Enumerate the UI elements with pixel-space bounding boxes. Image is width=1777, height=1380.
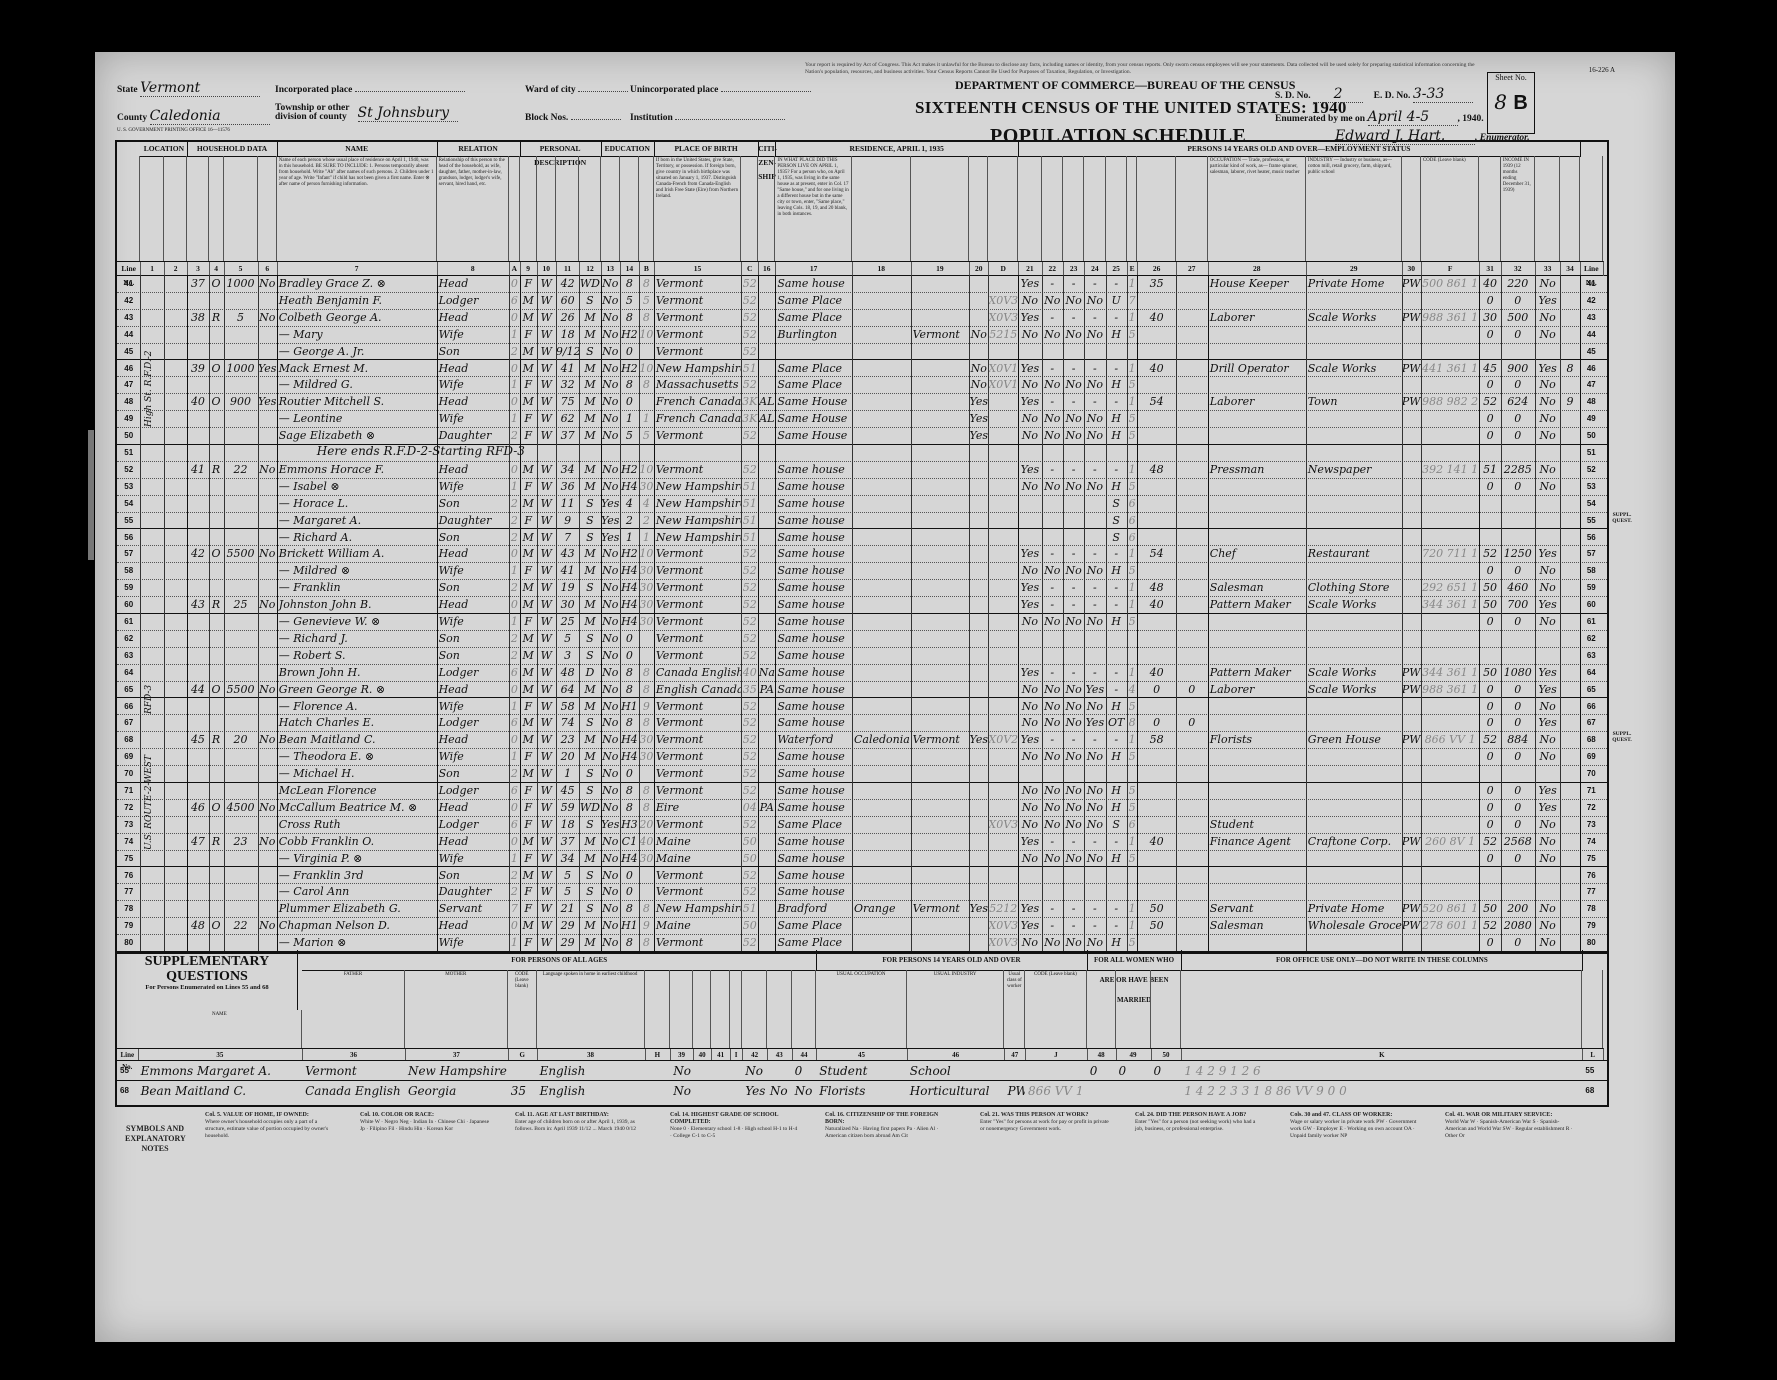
cell-cit: [758, 647, 775, 664]
cell-age: 45: [556, 782, 579, 799]
cell-farm: No: [258, 833, 277, 850]
cell-wage: 220: [1501, 275, 1535, 292]
cell-wks: 52: [1479, 393, 1500, 410]
cell-code_c: 52: [741, 461, 758, 478]
cell-code_b: 10: [639, 545, 654, 562]
cell-c24: [1084, 647, 1105, 664]
cell-code_c: 52: [741, 292, 758, 309]
cell-name: Hatch Charles E.: [277, 714, 437, 731]
cell-res18: [852, 326, 911, 343]
cell-c21: No: [1018, 613, 1041, 630]
cell-grade: 8: [620, 664, 639, 681]
cell-race: [537, 444, 556, 461]
cell-hh: [187, 867, 208, 884]
cell-code_b: 8: [639, 681, 654, 698]
cell-hh: 40: [187, 393, 208, 410]
cell-own: O: [209, 799, 224, 816]
cell-c21: [1018, 529, 1041, 546]
cell-cit: [758, 833, 775, 850]
cell-cls: PW: [1402, 917, 1421, 934]
cell-street: [140, 309, 163, 326]
column-header-wage: INCOME IN 1939 (12 months ending Decembe…: [1501, 156, 1535, 261]
supp-cell-c48: [1087, 1081, 1116, 1101]
cell-res18: [852, 461, 911, 478]
cell-c24: -: [1084, 360, 1105, 377]
cell-code_a: 1: [509, 562, 520, 579]
cell-hrs: [1137, 799, 1175, 816]
column-rule: [277, 275, 278, 951]
cell-birth: Vermont: [654, 292, 741, 309]
cell-dur: [1176, 664, 1208, 681]
cell-code_d: [988, 850, 1018, 867]
cell-farm: [258, 613, 277, 630]
cell-code_a: 1: [509, 376, 520, 393]
cell-c25: [1106, 765, 1127, 782]
cell-cit: PA: [758, 681, 775, 698]
cell-c25: [1106, 867, 1127, 884]
table-row: 4840O900YesRoutier Mitchell S.Head0MW75M…: [117, 393, 1607, 411]
cell-value: [224, 765, 258, 782]
cell-code_d: [988, 545, 1018, 562]
cell-own: R: [209, 731, 224, 748]
cell-farmno: [1560, 309, 1579, 326]
cell-dur: [1176, 630, 1208, 647]
cell-code_b: 2: [639, 512, 654, 529]
cell-mar: WD: [579, 275, 600, 292]
cell-hrs: 40: [1137, 596, 1175, 613]
supp-header-c40: [693, 970, 712, 1048]
cell-value: [224, 376, 258, 393]
cell-code_d: [988, 664, 1018, 681]
cell-wks: 0: [1479, 613, 1500, 630]
cell-res20: Yes: [969, 731, 988, 748]
cell-house: [164, 799, 187, 816]
cell-dur: [1176, 816, 1208, 833]
cell-code_c: 52: [741, 326, 758, 343]
cell-wks: 52: [1479, 731, 1500, 748]
supp-cell-c43: [767, 1061, 792, 1081]
cell-wks: [1479, 647, 1500, 664]
cell-code_b: [639, 630, 654, 647]
cell-own: [209, 579, 224, 596]
cell-code_b: [639, 883, 654, 900]
cell-cit: [758, 562, 775, 579]
cell-code_f: [1421, 343, 1480, 360]
cell-name: Cobb Franklin O.: [277, 833, 437, 850]
cell-wks: [1479, 883, 1500, 900]
street-annotation: U.S. ROUTE-2-WEST: [144, 755, 154, 850]
cell-code_b: 8: [639, 309, 654, 326]
cell-hrs: 50: [1137, 917, 1175, 934]
column-header-res20: [969, 156, 988, 261]
table-row: 45— George A. Jr.Son2MW9/12SNo0Vermont52…: [117, 343, 1607, 361]
cell-c23: -: [1063, 664, 1084, 681]
cell-c24: -: [1084, 664, 1105, 681]
supp-cell-c44: 0: [792, 1061, 817, 1081]
cell-code_f: [1421, 867, 1480, 884]
cell-res20: [969, 275, 988, 292]
cell-mar: M: [579, 850, 600, 867]
cell-rel: Lodger: [437, 714, 509, 731]
cell-code_c: 52: [741, 748, 758, 765]
cell-wks: 0: [1479, 562, 1500, 579]
cell-c21: Yes: [1018, 461, 1041, 478]
cell-c22: No: [1042, 698, 1063, 715]
cell-age: 64: [556, 681, 579, 698]
cell-c23: No: [1063, 698, 1084, 715]
cell-race: W: [537, 867, 556, 884]
cell-value: [224, 292, 258, 309]
cell-hh: [187, 478, 208, 495]
cell-farm: [258, 748, 277, 765]
cell-sex: F: [520, 613, 537, 630]
cell-sex: M: [520, 360, 537, 377]
cell-res18: [852, 376, 911, 393]
cell-ind: [1306, 647, 1402, 664]
cell-street: [140, 529, 163, 546]
cell-value: [224, 478, 258, 495]
cell-cls: [1402, 613, 1421, 630]
cell-sch: No: [601, 782, 620, 799]
cell-line: 53: [117, 478, 140, 495]
cell-occ: [1208, 850, 1306, 867]
column-rule: [758, 275, 759, 951]
cell-house: [164, 376, 187, 393]
cell-res19: [911, 427, 970, 444]
column-group-9: PERSONS 14 YEARS OLD AND OVER—EMPLOYMENT…: [1018, 142, 1580, 157]
cell-code_a: 0: [509, 681, 520, 698]
cell-c23: -: [1063, 309, 1084, 326]
cell-ind: [1306, 495, 1402, 512]
cell-race: W: [537, 478, 556, 495]
cell-ind: [1306, 748, 1402, 765]
cell-hrs: 40: [1137, 309, 1175, 326]
cell-birth: Vermont: [654, 765, 741, 782]
cell-code_a: 7: [509, 900, 520, 917]
cell-code_c: 52: [741, 275, 758, 292]
cell-wage: 0: [1501, 748, 1535, 765]
cell-wks: 0: [1479, 698, 1500, 715]
cell-line2: 58: [1580, 562, 1603, 579]
cell-res20: [969, 596, 988, 613]
cell-grade: H4: [620, 562, 639, 579]
cell-own: R: [209, 461, 224, 478]
cell-c24: No: [1084, 376, 1105, 393]
cell-hrs: 40: [1137, 360, 1175, 377]
cell-age: 19: [556, 579, 579, 596]
cell-res19: [911, 647, 970, 664]
cell-res20: [969, 613, 988, 630]
cell-c23: No: [1063, 799, 1084, 816]
cell-code_c: 51: [741, 512, 758, 529]
cell-rel: Wife: [437, 326, 509, 343]
cell-birth: French Canada: [654, 393, 741, 410]
cell-c23: -: [1063, 596, 1084, 613]
cell-code_e: [1127, 444, 1138, 461]
cell-farmno: [1560, 410, 1579, 427]
cell-code_f: 260 8V 1: [1421, 833, 1480, 850]
cell-race: W: [537, 613, 556, 630]
cell-code_c: 51: [741, 360, 758, 377]
cell-line2: 66: [1580, 698, 1603, 715]
cell-c22: [1042, 512, 1063, 529]
cell-c23: [1063, 765, 1084, 782]
cell-value: [224, 512, 258, 529]
cell-code_e: [1127, 765, 1138, 782]
cell-oth: No: [1535, 579, 1561, 596]
cell-line: 67: [117, 714, 140, 731]
cell-c21: [1018, 867, 1041, 884]
cell-own: [209, 478, 224, 495]
cell-code_d: [988, 461, 1018, 478]
cell-hh: [187, 529, 208, 546]
cell-code_a: 2: [509, 883, 520, 900]
cell-name: Cross Ruth: [277, 816, 437, 833]
cell-name: Plummer Elizabeth G.: [277, 900, 437, 917]
cell-oth: No: [1535, 326, 1561, 343]
cell-ind: Clothing Store: [1306, 579, 1402, 596]
cell-wage: 0: [1501, 850, 1535, 867]
cell-sch: No: [601, 714, 620, 731]
cell-cit: [758, 444, 775, 461]
cell-line2: 61: [1580, 613, 1603, 630]
cell-farmno: [1560, 714, 1579, 731]
cell-c22: No: [1042, 816, 1063, 833]
cell-c23: -: [1063, 393, 1084, 410]
cell-code_c: 52: [741, 545, 758, 562]
cell-street: [140, 867, 163, 884]
note-block: Col. 5. VALUE OF HOME, IF OWNED:Where ow…: [205, 1112, 335, 1140]
cell-hh: 38: [187, 309, 208, 326]
cell-hh: 46: [187, 799, 208, 816]
cell-hh: [187, 292, 208, 309]
cell-code_d: [988, 579, 1018, 596]
cell-code_f: [1421, 410, 1480, 427]
cell-birth: Vermont: [654, 613, 741, 630]
column-rule: [1084, 275, 1085, 951]
table-row: 71McLean FlorenceLodger6FW45SNo88Vermont…: [117, 782, 1607, 800]
cell-birth: Vermont: [654, 782, 741, 799]
cell-house: [164, 478, 187, 495]
cell-ind: [1306, 562, 1402, 579]
cell-res19: [911, 867, 970, 884]
sheet-side: B: [1513, 92, 1527, 114]
cell-farm: No: [258, 681, 277, 698]
supp-group-over14: FOR PERSONS 14 YEARS OLD AND OVER: [816, 950, 1087, 971]
cell-code_f: 441 361 1: [1421, 360, 1480, 377]
cell-code_c: 04: [741, 799, 758, 816]
cell-c25: H: [1106, 799, 1127, 816]
column-number: 22: [1042, 261, 1064, 276]
cell-wks: [1479, 867, 1500, 884]
cell-value: [224, 562, 258, 579]
cell-birth: Vermont: [654, 596, 741, 613]
cell-res20: [969, 495, 988, 512]
cell-line2: 76: [1580, 867, 1603, 884]
cell-race: W: [537, 883, 556, 900]
cell-line2: 47: [1580, 376, 1603, 393]
cell-grade: H4: [620, 596, 639, 613]
cell-hrs: [1137, 562, 1175, 579]
supp-cell-occ: Florists: [816, 1081, 906, 1101]
column-header-cls: [1402, 156, 1421, 261]
cell-code_a: 6: [509, 714, 520, 731]
supp-cell-occ: Student: [816, 1061, 906, 1081]
cell-wage: 0: [1501, 376, 1535, 393]
cell-c23: No: [1063, 562, 1084, 579]
cell-farmno: [1560, 883, 1579, 900]
cell-c21: No: [1018, 427, 1041, 444]
cell-cls: [1402, 698, 1421, 715]
column-rule: [579, 275, 580, 951]
cell-c21: No: [1018, 292, 1041, 309]
cell-line2: 75: [1580, 850, 1603, 867]
cell-code_a: 2: [509, 765, 520, 782]
cell-code_c: 52: [741, 816, 758, 833]
cell-dur: 0: [1176, 714, 1208, 731]
cell-c25: S: [1106, 529, 1127, 546]
cell-mar: D: [579, 664, 600, 681]
cell-res20: [969, 545, 988, 562]
cell-house: [164, 664, 187, 681]
cell-house: [164, 647, 187, 664]
cell-c21: No: [1018, 326, 1041, 343]
cell-sch: No: [601, 427, 620, 444]
cell-sch: No: [601, 326, 620, 343]
cell-wks: 50: [1479, 596, 1500, 613]
cell-farm: [258, 427, 277, 444]
cell-res19: [911, 748, 970, 765]
cell-race: W: [537, 917, 556, 934]
cell-code_c: 52: [741, 596, 758, 613]
cell-occ: [1208, 613, 1306, 630]
cell-cls: [1402, 765, 1421, 782]
cell-oth: Yes: [1535, 596, 1561, 613]
column-number: 1: [140, 261, 164, 276]
cell-wage: 500: [1501, 309, 1535, 326]
cell-hh: 42: [187, 545, 208, 562]
supp-header-code: CODE (Leave blank): [508, 970, 537, 1048]
cell-own: [209, 714, 224, 731]
cell-code_d: [988, 596, 1018, 613]
cell-c23: No: [1063, 714, 1084, 731]
cell-house: [164, 833, 187, 850]
cell-res20: Yes: [969, 393, 988, 410]
cell-hh: 48: [187, 917, 208, 934]
cell-res18: [852, 664, 911, 681]
cell-cls: [1402, 579, 1421, 596]
cell-house: [164, 343, 187, 360]
cell-farmno: [1560, 867, 1579, 884]
cell-street: [140, 461, 163, 478]
column-header-street: [140, 156, 163, 261]
cell-res19: [911, 410, 970, 427]
cell-res20: [969, 698, 988, 715]
cell-grade: C1: [620, 833, 639, 850]
cell-code_c: 51: [741, 478, 758, 495]
cell-hh: [187, 376, 208, 393]
cell-line2: 69: [1580, 748, 1603, 765]
cell-occ: [1208, 647, 1306, 664]
cell-line2: 55: [1580, 512, 1603, 529]
cell-farmno: [1560, 698, 1579, 715]
column-header-race: [537, 156, 556, 261]
cell-code_a: 0: [509, 545, 520, 562]
cell-name: — Richard A.: [277, 529, 437, 546]
cell-wage: 700: [1501, 596, 1535, 613]
cell-code_b: [639, 343, 654, 360]
cell-sex: F: [520, 427, 537, 444]
cell-farmno: [1560, 427, 1579, 444]
cell-street: [140, 427, 163, 444]
supp-cell-c43: No: [767, 1081, 792, 1101]
cell-birth: Maine: [654, 917, 741, 934]
cell-code_d: X0V1: [988, 376, 1018, 393]
cell-code_a: 6: [509, 292, 520, 309]
cell-oth: Yes: [1535, 360, 1561, 377]
cell-cit: [758, 698, 775, 715]
cell-farm: No: [258, 799, 277, 816]
cell-grade: 8: [620, 681, 639, 698]
cell-c25: U: [1106, 292, 1127, 309]
cell-res20: [969, 714, 988, 731]
cell-code_c: 52: [741, 867, 758, 884]
cell-cit: [758, 883, 775, 900]
cell-code_b: 30: [639, 731, 654, 748]
cell-name-informant: — Marion ⊗: [277, 934, 437, 951]
cell-age: 41: [556, 562, 579, 579]
column-rule: [601, 275, 602, 951]
cell-dur: [1176, 275, 1208, 292]
column-header-house: [164, 156, 187, 261]
cell-occ: [1208, 867, 1306, 884]
cell-code_e: 5: [1127, 427, 1138, 444]
cell-sex: M: [520, 292, 537, 309]
cell-code_c: 52: [741, 731, 758, 748]
cell-farm: [258, 444, 277, 461]
cell-cls: [1402, 461, 1421, 478]
cell-mar: M: [579, 478, 600, 495]
cell-c25: -: [1106, 360, 1127, 377]
cell-farm: [258, 512, 277, 529]
cell-birth: Vermont: [654, 630, 741, 647]
cell-c25: H: [1106, 782, 1127, 799]
table-row: 56— Richard A.Son2MW7SYes11New Hampshire…: [117, 529, 1607, 547]
cell-cls: [1402, 748, 1421, 765]
cell-line2: 48: [1580, 393, 1603, 410]
cell-code_e: 5: [1127, 748, 1138, 765]
cell-name: Routier Mitchell S.: [277, 393, 437, 410]
cell-sch: No: [601, 461, 620, 478]
cell-code_d: X0V3: [988, 816, 1018, 833]
cell-mar: S: [579, 495, 600, 512]
cell-name: — Margaret A.: [277, 512, 437, 529]
cell-value: [224, 427, 258, 444]
cell-name: — Robert S.: [277, 647, 437, 664]
cell-age: 7: [556, 529, 579, 546]
cell-code_f: [1421, 478, 1480, 495]
confidentiality-notice: Your report is required by Act of Congre…: [805, 62, 1485, 76]
column-rule: [258, 275, 259, 951]
cell-oth: Yes: [1535, 799, 1561, 816]
cell-line2: 43: [1580, 309, 1603, 326]
cell-farmno: [1560, 275, 1579, 292]
cell-res18: [852, 833, 911, 850]
cell-code_f: [1421, 529, 1480, 546]
cell-dur: [1176, 613, 1208, 630]
cell-res19: Vermont: [911, 326, 970, 343]
cell-name: McLean Florence: [277, 782, 437, 799]
